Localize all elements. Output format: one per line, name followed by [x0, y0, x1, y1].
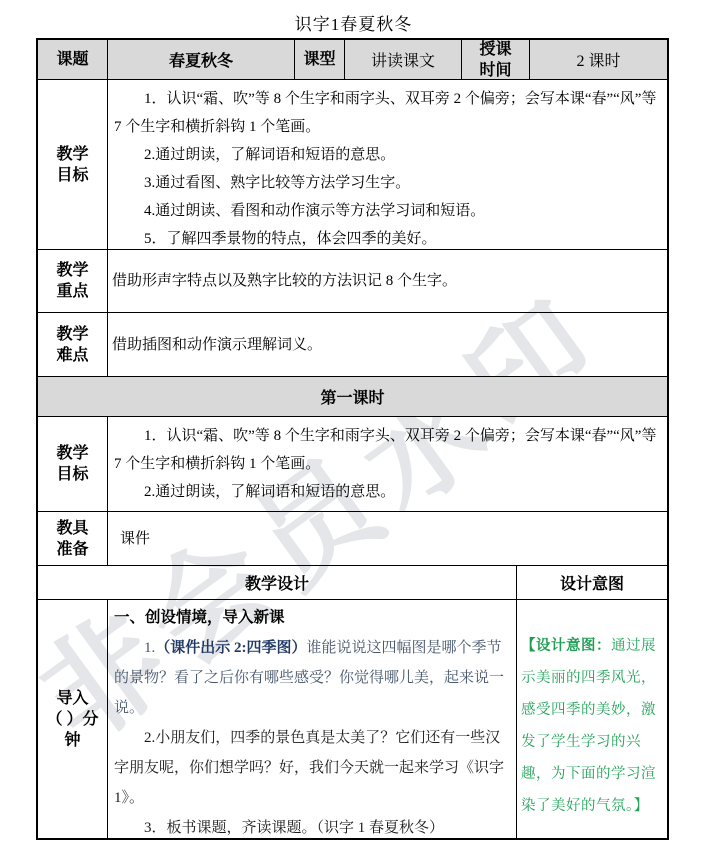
- objective-item: 2.通过朗读，了解词语和短语的意思。: [114, 141, 660, 169]
- session-banner-row: 第一课时: [38, 377, 667, 417]
- course-type-label: 课型: [295, 40, 345, 79]
- intro-step-1: 1.（课件出示 2:四季图）谁能说说这四幅图是哪个季节的景物？看了之后你有哪些感…: [114, 633, 509, 723]
- objective-item: 3.通过看图、熟字比较等方法学习生字。: [114, 169, 660, 197]
- step1-number: 1.: [144, 640, 155, 656]
- key-point-label: 教学 重点: [38, 250, 108, 312]
- intro-section-heading: 一、创设情境，导入新课: [114, 603, 509, 633]
- design-header-row: 教学设计 设计意图: [38, 566, 667, 600]
- preparation-label: 教具 准备: [38, 512, 108, 565]
- intro-step-2: 2.小朋友们，四季的景色真是太美了？它们还有一些汉字朋友呢，你们想学吗？好，我们…: [114, 723, 509, 813]
- objectives-row: 教学 目标 1．认识“霜、吹”等 8 个生字和雨字头、双耳旁 2 个偏旁；会写本…: [38, 80, 667, 250]
- lesson1-objectives-label: 教学 目标: [38, 417, 108, 511]
- design-intent-header: 设计意图: [517, 566, 667, 599]
- objective-item: 2.通过朗读，了解词语和短语的意思。: [114, 478, 660, 506]
- lesson-plan-table: 课题 春夏秋冬 课型 讲读课文 授课 时间 2 课时 教学 目标 1．认识“霜、…: [36, 38, 669, 840]
- objective-item: 5．了解四季景物的特点，体会四季的美好。: [114, 225, 660, 253]
- lesson-plan-page: 非会员水印 识字1春夏秋冬 课题 春夏秋冬 课型 讲读课文 授课 时间 2 课时…: [0, 0, 707, 864]
- teaching-design-header: 教学设计: [38, 566, 517, 599]
- document-title: 识字1春夏秋冬: [0, 10, 707, 35]
- topic-value: 春夏秋冬: [108, 40, 295, 79]
- difficulty-row: 教学 难点 借助插图和动作演示理解词义。: [38, 313, 667, 377]
- design-intent-note: 【设计意图：通过展示美丽的四季风光，感受四季的美妙，激发了学生学习的兴趣，为下面…: [517, 600, 667, 838]
- key-point-row: 教学 重点 借助形声字特点以及熟字比较的方法识记 8 个生字。: [38, 250, 667, 313]
- objective-item: 1．认识“霜、吹”等 8 个生字和雨字头、双耳旁 2 个偏旁；会写本课“春”“风…: [114, 422, 660, 478]
- session-title: 第一课时: [38, 377, 667, 416]
- topic-label: 课题: [38, 40, 108, 79]
- design-intent-prefix: 【设计意图：: [521, 638, 611, 654]
- step1-courseware-highlight: （课件出示 2:四季图）: [155, 640, 306, 656]
- objectives-label: 教学 目标: [38, 80, 108, 249]
- design-intent-text: 通过展示美丽的四季风光，感受四季的美妙，激发了学生学习的兴趣，为下面的学习渲染了…: [521, 638, 656, 814]
- preparation-row: 教具 准备 课件: [38, 512, 667, 566]
- difficulty-label: 教学 难点: [38, 313, 108, 376]
- difficulty-content: 借助插图和动作演示理解词义。: [108, 313, 667, 376]
- teaching-time-value: 2 课时: [530, 40, 667, 79]
- key-point-content: 借助形声字特点以及熟字比较的方法识记 8 个生字。: [108, 250, 667, 312]
- info-header-row: 课题 春夏秋冬 课型 讲读课文 授课 时间 2 课时: [38, 40, 667, 80]
- intro-stage-label: 导入 （ ）分 钟: [38, 600, 108, 838]
- preparation-content: 课件: [108, 512, 667, 565]
- intro-step-3: 3．板书课题，齐读课题。（识字 1 春夏秋冬）: [114, 813, 509, 843]
- course-type-value: 讲读课文: [345, 40, 462, 79]
- objectives-content: 1．认识“霜、吹”等 8 个生字和雨字头、双耳旁 2 个偏旁；会写本课“春”“风…: [108, 80, 667, 249]
- lesson1-objectives-content: 1．认识“霜、吹”等 8 个生字和雨字头、双耳旁 2 个偏旁；会写本课“春”“风…: [108, 417, 667, 511]
- teaching-time-label: 授课 时间: [462, 40, 530, 79]
- objective-item: 1．认识“霜、吹”等 8 个生字和雨字头、双耳旁 2 个偏旁；会写本课“春”“风…: [114, 85, 660, 141]
- intro-steps-content: 一、创设情境，导入新课 1.（课件出示 2:四季图）谁能说说这四幅图是哪个季节的…: [108, 600, 517, 838]
- intro-stage-row: 导入 （ ）分 钟 一、创设情境，导入新课 1.（课件出示 2:四季图）谁能说说…: [38, 600, 667, 838]
- lesson1-objectives-row: 教学 目标 1．认识“霜、吹”等 8 个生字和雨字头、双耳旁 2 个偏旁；会写本…: [38, 417, 667, 512]
- objective-item: 4.通过朗读、看图和动作演示等方法学习词和短语。: [114, 197, 660, 225]
